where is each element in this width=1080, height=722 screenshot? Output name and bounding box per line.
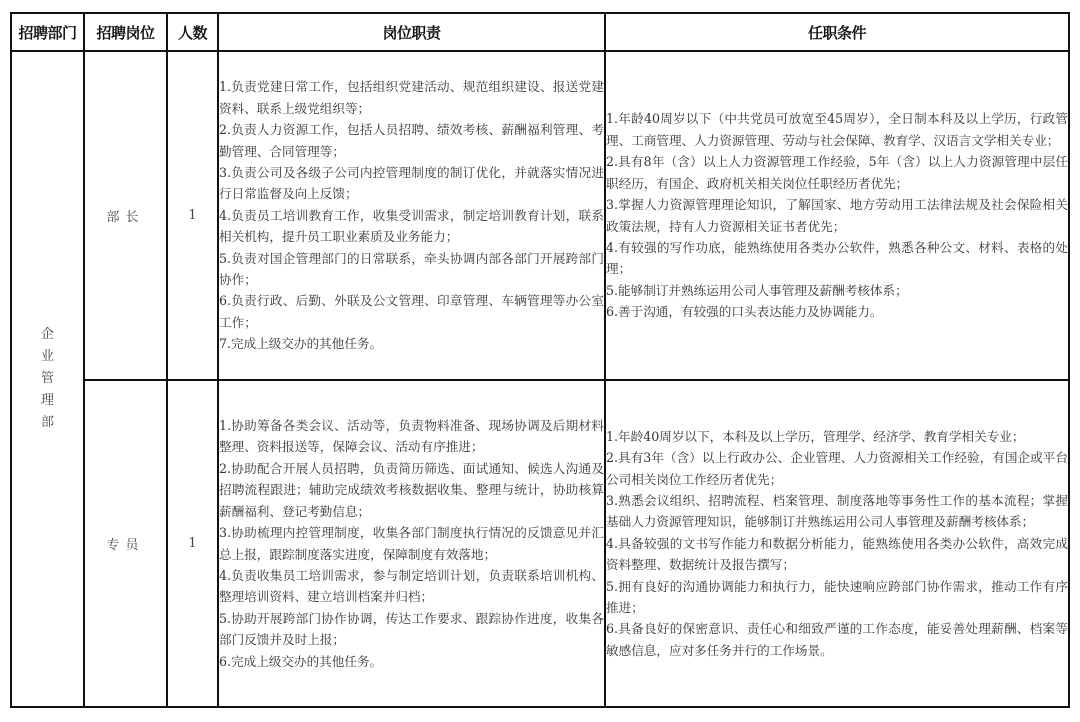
count-cell: 1 [167, 51, 218, 380]
table-row: 企业管理部 部长 1 1.负责党建日常工作，包括组织党建活动、规范组织建设、报送… [11, 51, 1069, 380]
duty-item: 4.负责收集员工培训需求，参与制定培训计划，负责联系培训机构、整理培训资料、建立… [219, 565, 604, 608]
duty-item: 1.负责党建日常工作，包括组织党建活动、规范组织建设、报送党建资料、联系上级党组… [219, 76, 604, 119]
requirements-cell: 1.年龄40周岁以下，本科及以上学历，管理学、经济学、教育学相关专业； 2.具有… [605, 380, 1069, 707]
department-cell: 企业管理部 [11, 51, 84, 707]
duty-item: 6.完成上级交办的其他任务。 [219, 651, 604, 672]
duties-cell: 1.负责党建日常工作，包括组织党建活动、规范组织建设、报送党建资料、联系上级党组… [218, 51, 605, 380]
header-duties: 岗位职责 [218, 13, 605, 51]
duty-item: 7.完成上级交办的其他任务。 [219, 333, 604, 354]
recruitment-table: 招聘部门 招聘岗位 人数 岗位职责 任职条件 企业管理部 部长 1 1.负责党建… [10, 12, 1070, 708]
header-position: 招聘岗位 [84, 13, 167, 51]
position-cell: 部长 [84, 51, 167, 380]
duty-item: 4.负责员工培训教育工作，收集受训需求，制定培训教育计划，联系相关机构，提升员工… [219, 205, 604, 248]
duty-item: 3.负责公司及各级子公司内控管理制度的制订优化，并就落实情况进行日常监督及向上反… [219, 162, 604, 205]
requirement-item: 5.能够制订并熟练运用公司人事管理及薪酬考核体系； [606, 280, 1068, 301]
duty-item: 3.协助梳理内控管理制度，收集各部门制度执行情况的反馈意见并汇总上报，跟踪制度落… [219, 522, 604, 565]
requirement-item: 1.年龄40周岁以下（中共党员可放宽至45周岁），全日制本科及以上学历，行政管理… [606, 108, 1068, 151]
requirement-item: 6.善于沟通，有较强的口头表达能力及协调能力。 [606, 301, 1068, 322]
duty-item: 6.负责行政、后勤、外联及公文管理、印章管理、车辆管理等办公室工作； [219, 290, 604, 333]
header-row: 招聘部门 招聘岗位 人数 岗位职责 任职条件 [11, 13, 1069, 51]
requirement-item: 3.掌握人力资源管理理论知识，了解国家、地方劳动用工法律法规及社会保险相关政策法… [606, 194, 1068, 237]
position-cell: 专员 [84, 380, 167, 707]
duty-item: 1.协助筹备各类会议、活动等，负责物料准备、现场协调及后期材料整理、资料报送等，… [219, 415, 604, 458]
requirement-item: 5.拥有良好的沟通协调能力和执行力，能快速响应跨部门协作需求，推动工作有序推进； [606, 576, 1068, 619]
requirement-item: 3.熟悉会议组织、招聘流程、档案管理、制度落地等事务性工作的基本流程；掌握基础人… [606, 490, 1068, 533]
header-department: 招聘部门 [11, 13, 84, 51]
requirement-item: 1.年龄40周岁以下，本科及以上学历，管理学、经济学、教育学相关专业； [606, 426, 1068, 447]
requirement-item: 2.具有8年（含）以上人力资源管理工作经验，5年（含）以上人力资源管理中层任职经… [606, 151, 1068, 194]
duties-cell: 1.协助筹备各类会议、活动等，负责物料准备、现场协调及后期材料整理、资料报送等，… [218, 380, 605, 707]
requirement-item: 6.具备良好的保密意识、责任心和细致严谨的工作态度，能妥善处理薪酬、档案等敏感信… [606, 618, 1068, 661]
count-cell: 1 [167, 380, 218, 707]
requirements-cell: 1.年龄40周岁以下（中共党员可放宽至45周岁），全日制本科及以上学历，行政管理… [605, 51, 1069, 380]
duty-item: 5.负责对国企管理部门的日常联系，牵头协调内部各部门开展跨部门协作； [219, 248, 604, 291]
duty-item: 2.协助配合开展人员招聘，负责简历筛选、面试通知、候选人沟通及招聘流程跟进；辅助… [219, 458, 604, 522]
requirement-item: 4.具备较强的文书写作能力和数据分析能力，能熟练使用各类办公软件，高效完成资料整… [606, 533, 1068, 576]
position-name: 专员 [106, 538, 144, 553]
table-row: 专员 1 1.协助筹备各类会议、活动等，负责物料准备、现场协调及后期材料整理、资… [11, 380, 1069, 707]
duty-item: 5.协助开展跨部门协作协调，传达工作要求、跟踪协作进度，收集各部门反馈并及时上报… [219, 608, 604, 651]
duty-item: 2.负责人力资源工作，包括人员招聘、绩效考核、薪酬福利管理、考勤管理、合同管理等… [219, 119, 604, 162]
department-name: 企业管理部 [40, 324, 56, 434]
requirement-item: 2.具有3年（含）以上行政办公、企业管理、人力资源相关工作经验，有国企或平台公司… [606, 447, 1068, 490]
position-name: 部长 [106, 210, 144, 225]
header-requirements: 任职条件 [605, 13, 1069, 51]
requirement-item: 4.有较强的写作功底，能熟练使用各类办公软件，熟悉各种公文、材料、表格的处理； [606, 237, 1068, 280]
header-count: 人数 [167, 13, 218, 51]
